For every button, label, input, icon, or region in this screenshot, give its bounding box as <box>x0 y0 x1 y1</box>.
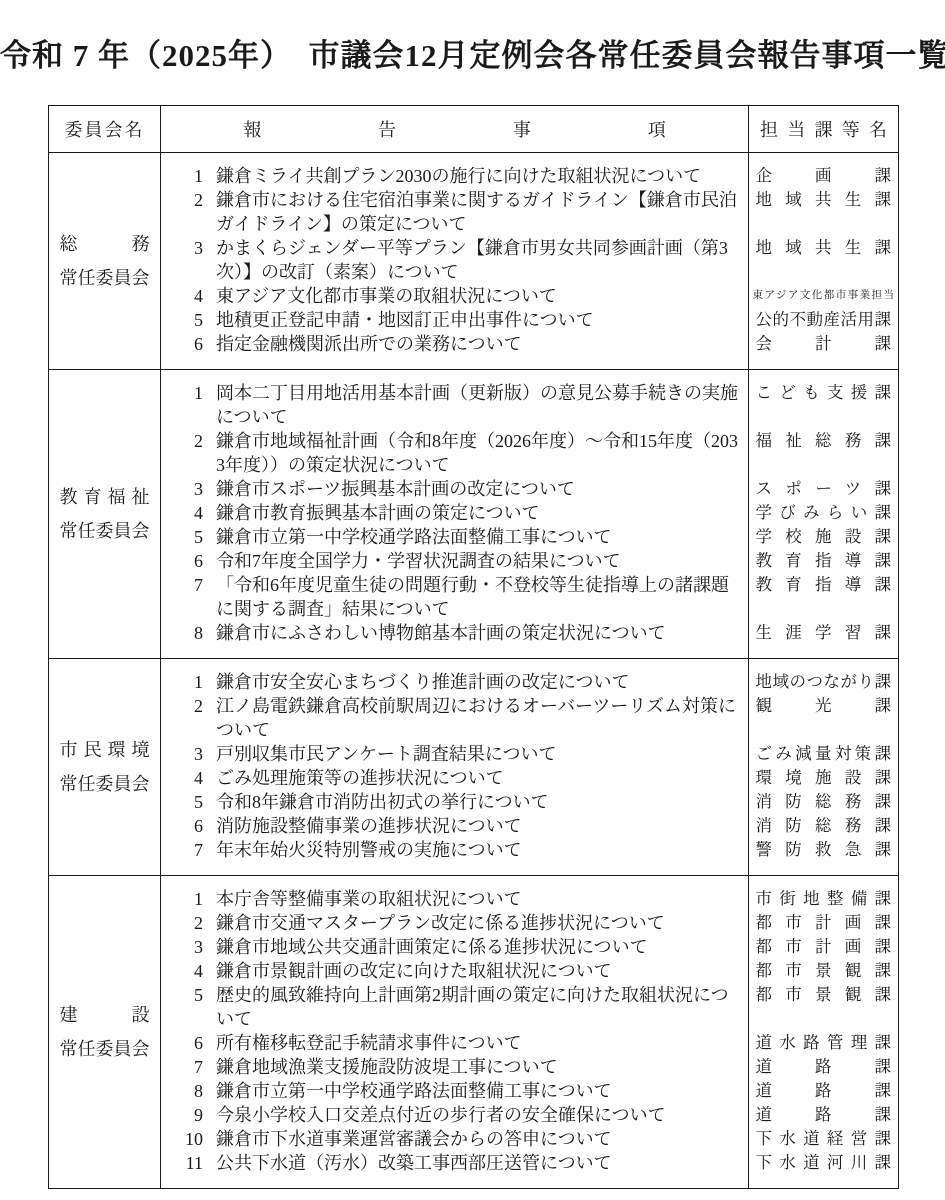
report-item-row: 11 公共下水道（汚水）改築工事西部圧送管について 下水道河川課 <box>161 1151 898 1188</box>
item-number: 2 <box>177 429 203 477</box>
department-cell: 消防総務課 <box>748 790 898 814</box>
department-name: 下水道経営課 <box>749 1127 899 1151</box>
department-cell: 道路課 <box>748 1103 898 1127</box>
department-name: 公的不動産活用課 <box>749 308 899 332</box>
report-item-row: 6 指定金融機関派出所での業務について 会計課 <box>161 332 898 369</box>
header-report-items: 報告事項 <box>161 106 749 153</box>
item-text: 公共下水道（汚水）改築工事西部圧送管について <box>216 1151 742 1175</box>
section-items-table: 1 本庁舎等整備事業の取組状況について 市街地整備課 2 鎌倉市交通マスタープラ… <box>161 876 898 1188</box>
department-name: 道路課 <box>749 1055 899 1079</box>
item-text: かまくらジェンダー平等プラン【鎌倉市男女共同参画計画（第3次）】の改訂（素案）に… <box>216 236 742 284</box>
report-table: 委員会名 報告事項 担当課等名 総務常任委員会 1 鎌倉ミライ共創プラン20 <box>48 105 899 1189</box>
document-page: 令和 7 年（2025年） 市議会12月定例会各常任委員会報告事項一覧 委員会名… <box>0 0 945 1200</box>
item-text: 岡本二丁目用地活用基本計画（更新版）の意見公募手続きの実施について <box>216 381 742 429</box>
item-number: 5 <box>177 790 203 814</box>
report-item-cell: 8 鎌倉市立第一中学校通学路法面整備工事について <box>161 1079 748 1103</box>
department-name: 生涯学習課 <box>749 621 899 645</box>
section-body-cell: 1 鎌倉市安全安心まちづくり推進計画の改定について 地域のつながり課 2 江ノ島… <box>161 659 899 876</box>
report-item-cell: 5 鎌倉市立第一中学校通学路法面整備工事について <box>161 525 748 549</box>
report-item-cell: 1 鎌倉ミライ共創プラン2030の施行に向けた取組状況について <box>161 153 748 188</box>
report-item-row: 7 年末年始火災特別警戒の実施について 警防救急課 <box>161 838 898 875</box>
item-number: 1 <box>177 887 203 911</box>
item-number: 5 <box>177 525 203 549</box>
department-name: 消防総務課 <box>749 790 899 814</box>
department-name: 警防救急課 <box>749 838 899 862</box>
item-text: 歴史的風致維持向上計画第2期計画の策定に向けた取組状況について <box>216 983 742 1031</box>
department-cell: 教育指導課 <box>748 573 898 621</box>
department-name: スポーツ課 <box>749 477 899 501</box>
department-cell: 都市景観課 <box>748 983 898 1031</box>
department-name: 福祉総務課 <box>749 429 899 453</box>
item-number: 5 <box>177 983 203 1031</box>
report-item-cell: 5 歴史的風致維持向上計画第2期計画の策定に向けた取組状況について <box>161 983 748 1031</box>
report-item-row: 2 鎌倉市における住宅宿泊事業に関するガイドライン【鎌倉市民泊ガイドライン】の策… <box>161 188 898 236</box>
section-items-table: 1 岡本二丁目用地活用基本計画（更新版）の意見公募手続きの実施について こども支… <box>161 370 898 658</box>
department-cell: 福祉総務課 <box>748 429 898 477</box>
section-items-table: 1 鎌倉市安全安心まちづくり推進計画の改定について 地域のつながり課 2 江ノ島… <box>161 659 898 875</box>
report-item-row: 1 鎌倉市安全安心まちづくり推進計画の改定について 地域のつながり課 <box>161 659 898 694</box>
department-name: 地域共生課 <box>749 236 899 260</box>
report-item-row: 5 歴史的風致維持向上計画第2期計画の策定に向けた取組状況について 都市景観課 <box>161 983 898 1031</box>
item-text: 令和8年鎌倉市消防出初式の挙行について <box>216 790 742 814</box>
item-number: 1 <box>177 381 203 429</box>
item-text: 「令和6年度児童生徒の問題行動・不登校等生徒指導上の諸課題に関する調査」結果につ… <box>216 573 742 621</box>
item-number: 4 <box>177 766 203 790</box>
item-text: 鎌倉市景観計画の改定に向けた取組状況について <box>216 959 742 983</box>
item-text: 鎌倉市立第一中学校通学路法面整備工事について <box>216 1079 742 1103</box>
department-name: 都市景観課 <box>749 959 899 983</box>
department-name: 企画課 <box>749 164 899 188</box>
report-item-row: 1 岡本二丁目用地活用基本計画（更新版）の意見公募手続きの実施について こども支… <box>161 370 898 429</box>
report-item-row: 6 所有権移転登記手続請求事件について 道水路管理課 <box>161 1031 898 1055</box>
item-number: 3 <box>177 236 203 284</box>
report-item-cell: 2 鎌倉市交通マスタープラン改定に係る進捗状況について <box>161 911 748 935</box>
item-text: 鎌倉市交通マスタープラン改定に係る進捗状況について <box>216 911 742 935</box>
committee-name-cell: 総務常任委員会 <box>49 153 161 370</box>
department-cell: 観光課 <box>748 694 898 742</box>
report-item-row: 3 戸別収集市民アンケート調査結果について ごみ減量対策課 <box>161 742 898 766</box>
department-name: ごみ減量対策課 <box>749 742 899 766</box>
department-cell: 都市計画課 <box>748 911 898 935</box>
item-number: 2 <box>177 188 203 236</box>
item-number: 1 <box>177 164 203 188</box>
department-name: 下水道河川課 <box>749 1151 899 1175</box>
report-item-row: 1 鎌倉ミライ共創プラン2030の施行に向けた取組状況について 企画課 <box>161 153 898 188</box>
report-item-cell: 5 地積更正登記申請・地図訂正申出事件について <box>161 308 748 332</box>
department-cell: 教育指導課 <box>748 549 898 573</box>
section-body-cell: 1 鎌倉ミライ共創プラン2030の施行に向けた取組状況について 企画課 2 鎌倉… <box>161 153 899 370</box>
department-cell: 道路課 <box>748 1055 898 1079</box>
item-text: 鎌倉市教育振興基本計画の策定について <box>216 501 742 525</box>
item-text: 指定金融機関派出所での業務について <box>216 332 742 356</box>
item-text: 鎌倉市における住宅宿泊事業に関するガイドライン【鎌倉市民泊ガイドライン】の策定に… <box>216 188 742 236</box>
section-body-cell: 1 本庁舎等整備事業の取組状況について 市街地整備課 2 鎌倉市交通マスタープラ… <box>161 876 899 1189</box>
report-item-row: 9 今泉小学校入口交差点付近の歩行者の安全確保について 道路課 <box>161 1103 898 1127</box>
department-name: 都市計画課 <box>749 911 899 935</box>
committee-name-cell: 建設常任委員会 <box>49 876 161 1189</box>
department-name: 道路課 <box>749 1079 899 1103</box>
report-item-row: 2 鎌倉市交通マスタープラン改定に係る進捗状況について 都市計画課 <box>161 911 898 935</box>
department-cell: 道水路管理課 <box>748 1031 898 1055</box>
item-number: 4 <box>177 284 203 308</box>
department-cell: ごみ減量対策課 <box>748 742 898 766</box>
department-cell: 地域共生課 <box>748 236 898 284</box>
report-item-row: 8 鎌倉市立第一中学校通学路法面整備工事について 道路課 <box>161 1079 898 1103</box>
item-number: 6 <box>177 1031 203 1055</box>
item-number: 5 <box>177 308 203 332</box>
report-item-row: 4 ごみ処理施策等の進捗状況について 環境施設課 <box>161 766 898 790</box>
item-text: 鎌倉市安全安心まちづくり推進計画の改定について <box>216 670 742 694</box>
report-item-row: 2 江ノ島電鉄鎌倉高校前駅周辺におけるオーバーツーリズム対策について 観光課 <box>161 694 898 742</box>
committee-name-cell: 市民環境常任委員会 <box>49 659 161 876</box>
report-item-cell: 4 鎌倉市教育振興基本計画の策定について <box>161 501 748 525</box>
item-number: 7 <box>177 838 203 862</box>
item-text: 消防施設整備事業の進捗状況について <box>216 814 742 838</box>
department-cell: 警防救急課 <box>748 838 898 875</box>
department-cell: 下水道河川課 <box>748 1151 898 1188</box>
committee-name: 市民環境常任委員会 <box>60 733 150 801</box>
item-text: 鎌倉市下水道事業運営審議会からの答申について <box>216 1127 742 1151</box>
committee-name: 教育福祉常任委員会 <box>60 480 150 548</box>
committee-name-line: 教育福祉 <box>60 480 150 514</box>
committee-section-row: 教育福祉常任委員会 1 岡本二丁目用地活用基本計画（更新版）の意見公募手続きの実… <box>49 370 899 659</box>
item-text: 鎌倉市スポーツ振興基本計画の改定について <box>216 477 742 501</box>
department-name: 学びみらい課 <box>749 501 899 525</box>
department-name: 教育指導課 <box>749 573 899 597</box>
department-cell: 学校施設課 <box>748 525 898 549</box>
report-item-cell: 2 鎌倉市地域福祉計画（令和8年度（2026年度）～令和15年度（2033年度）… <box>161 429 748 477</box>
item-number: 1 <box>177 670 203 694</box>
department-cell: 都市計画課 <box>748 935 898 959</box>
department-name: 観光課 <box>749 694 899 718</box>
report-item-cell: 7 「令和6年度児童生徒の問題行動・不登校等生徒指導上の諸課題に関する調査」結果… <box>161 573 748 621</box>
report-item-cell: 4 東アジア文化都市事業の取組状況について <box>161 284 748 308</box>
report-item-cell: 4 鎌倉市景観計画の改定に向けた取組状況について <box>161 959 748 983</box>
item-text: 戸別収集市民アンケート調査結果について <box>216 742 742 766</box>
department-name: 学校施設課 <box>749 525 899 549</box>
report-item-row: 3 かまくらジェンダー平等プラン【鎌倉市男女共同参画計画（第3次）】の改訂（素案… <box>161 236 898 284</box>
report-item-cell: 1 本庁舎等整備事業の取組状況について <box>161 876 748 911</box>
item-text: 江ノ島電鉄鎌倉高校前駅周辺におけるオーバーツーリズム対策について <box>216 694 742 742</box>
committee-section-row: 建設常任委員会 1 本庁舎等整備事業の取組状況について 市街地整備課 2 鎌倉市… <box>49 876 899 1189</box>
report-item-cell: 3 戸別収集市民アンケート調査結果について <box>161 742 748 766</box>
department-name: 東アジア文化都市事業担当 <box>749 284 899 308</box>
item-text: 鎌倉市立第一中学校通学路法面整備工事について <box>216 525 742 549</box>
report-item-cell: 5 令和8年鎌倉市消防出初式の挙行について <box>161 790 748 814</box>
report-item-cell: 9 今泉小学校入口交差点付近の歩行者の安全確保について <box>161 1103 748 1127</box>
report-item-cell: 6 令和7年度全国学力・学習状況調査の結果について <box>161 549 748 573</box>
header-department: 担当課等名 <box>749 106 899 153</box>
item-number: 7 <box>177 1055 203 1079</box>
department-cell: 会計課 <box>748 332 898 369</box>
department-cell: 学びみらい課 <box>748 501 898 525</box>
report-item-cell: 3 鎌倉市スポーツ振興基本計画の改定について <box>161 477 748 501</box>
department-cell: 企画課 <box>748 153 898 188</box>
item-number: 2 <box>177 694 203 742</box>
item-number: 11 <box>177 1151 203 1175</box>
report-item-row: 3 鎌倉市スポーツ振興基本計画の改定について スポーツ課 <box>161 477 898 501</box>
report-item-row: 10 鎌倉市下水道事業運営審議会からの答申について 下水道経営課 <box>161 1127 898 1151</box>
item-text: 本庁舎等整備事業の取組状況について <box>216 887 742 911</box>
department-cell: 環境施設課 <box>748 766 898 790</box>
department-name: 教育指導課 <box>749 549 899 573</box>
department-cell: 都市景観課 <box>748 959 898 983</box>
item-number: 6 <box>177 332 203 356</box>
committee-name-line: 市民環境 <box>60 733 150 767</box>
committee-name-line: 総務 <box>60 227 150 261</box>
committee-section-row: 総務常任委員会 1 鎌倉ミライ共創プラン2030の施行に向けた取組状況について … <box>49 153 899 370</box>
department-cell: 下水道経営課 <box>748 1127 898 1151</box>
report-item-cell: 4 ごみ処理施策等の進捗状況について <box>161 766 748 790</box>
department-name: 会計課 <box>749 332 899 356</box>
report-item-cell: 1 岡本二丁目用地活用基本計画（更新版）の意見公募手続きの実施について <box>161 370 748 429</box>
committee-name: 総務常任委員会 <box>60 227 150 295</box>
item-number: 3 <box>177 477 203 501</box>
report-item-cell: 11 公共下水道（汚水）改築工事西部圧送管について <box>161 1151 748 1188</box>
item-text: 鎌倉市地域福祉計画（令和8年度（2026年度）～令和15年度（2033年度））の… <box>216 429 742 477</box>
report-item-row: 3 鎌倉市地域公共交通計画策定に係る進捗状況について 都市計画課 <box>161 935 898 959</box>
item-number: 3 <box>177 742 203 766</box>
item-text: 年末年始火災特別警戒の実施について <box>216 838 742 862</box>
department-name: 道水路管理課 <box>749 1031 899 1055</box>
report-item-row: 4 鎌倉市教育振興基本計画の策定について 学びみらい課 <box>161 501 898 525</box>
department-cell: こども支援課 <box>748 370 898 429</box>
section-items-table: 1 鎌倉ミライ共創プラン2030の施行に向けた取組状況について 企画課 2 鎌倉… <box>161 153 898 369</box>
report-item-row: 7 「令和6年度児童生徒の問題行動・不登校等生徒指導上の諸課題に関する調査」結果… <box>161 573 898 621</box>
table-header-row: 委員会名 報告事項 担当課等名 <box>49 106 899 153</box>
report-item-row: 4 東アジア文化都市事業の取組状況について 東アジア文化都市事業担当 <box>161 284 898 308</box>
department-name: 地域共生課 <box>749 188 899 212</box>
item-number: 8 <box>177 1079 203 1103</box>
report-item-cell: 7 鎌倉地域漁業支援施設防波堤工事について <box>161 1055 748 1079</box>
item-text: 鎌倉市地域公共交通計画策定に係る進捗状況について <box>216 935 742 959</box>
item-number: 6 <box>177 814 203 838</box>
committee-name: 建設常任委員会 <box>60 998 150 1066</box>
item-text: 所有権移転登記手続請求事件について <box>216 1031 742 1055</box>
committee-section-row: 市民環境常任委員会 1 鎌倉市安全安心まちづくり推進計画の改定について 地域のつ… <box>49 659 899 876</box>
department-name: 地域のつながり課 <box>749 670 899 694</box>
committee-name-cell: 教育福祉常任委員会 <box>49 370 161 659</box>
report-item-cell: 3 鎌倉市地域公共交通計画策定に係る進捗状況について <box>161 935 748 959</box>
committee-name-line: 常任委員会 <box>60 767 150 801</box>
item-number: 7 <box>177 573 203 621</box>
department-cell: 市街地整備課 <box>748 876 898 911</box>
item-number: 10 <box>177 1127 203 1151</box>
department-name: 消防総務課 <box>749 814 899 838</box>
item-text: 地積更正登記申請・地図訂正申出事件について <box>216 308 742 332</box>
item-number: 3 <box>177 935 203 959</box>
item-text: 鎌倉地域漁業支援施設防波堤工事について <box>216 1055 742 1079</box>
department-cell: 地域のつながり課 <box>748 659 898 694</box>
item-number: 8 <box>177 621 203 645</box>
report-item-cell: 2 江ノ島電鉄鎌倉高校前駅周辺におけるオーバーツーリズム対策について <box>161 694 748 742</box>
report-item-cell: 6 所有権移転登記手続請求事件について <box>161 1031 748 1055</box>
department-name: 環境施設課 <box>749 766 899 790</box>
report-item-row: 6 令和7年度全国学力・学習状況調査の結果について 教育指導課 <box>161 549 898 573</box>
committee-name-line: 常任委員会 <box>60 514 150 548</box>
item-text: 令和7年度全国学力・学習状況調査の結果について <box>216 549 742 573</box>
item-number: 4 <box>177 959 203 983</box>
report-item-cell: 7 年末年始火災特別警戒の実施について <box>161 838 748 875</box>
report-item-row: 1 本庁舎等整備事業の取組状況について 市街地整備課 <box>161 876 898 911</box>
committee-name-line: 建設 <box>60 998 150 1032</box>
report-item-cell: 3 かまくらジェンダー平等プラン【鎌倉市男女共同参画計画（第3次）】の改訂（素案… <box>161 236 748 284</box>
item-text: 東アジア文化都市事業の取組状況について <box>216 284 742 308</box>
report-item-row: 6 消防施設整備事業の進捗状況について 消防総務課 <box>161 814 898 838</box>
department-cell: 公的不動産活用課 <box>748 308 898 332</box>
department-cell: 東アジア文化都市事業担当 <box>748 284 898 308</box>
department-name: 市街地整備課 <box>749 887 899 911</box>
item-text: 今泉小学校入口交差点付近の歩行者の安全確保について <box>216 1103 742 1127</box>
department-cell: スポーツ課 <box>748 477 898 501</box>
item-number: 2 <box>177 911 203 935</box>
department-cell: 地域共生課 <box>748 188 898 236</box>
report-item-cell: 2 鎌倉市における住宅宿泊事業に関するガイドライン【鎌倉市民泊ガイドライン】の策… <box>161 188 748 236</box>
page-title: 令和 7 年（2025年） 市議会12月定例会各常任委員会報告事項一覧 <box>0 30 945 75</box>
committee-name-line: 常任委員会 <box>60 261 150 295</box>
report-item-cell: 6 指定金融機関派出所での業務について <box>161 332 748 369</box>
report-item-cell: 8 鎌倉市にふさわしい博物館基本計画の策定状況について <box>161 621 748 658</box>
report-item-row: 5 令和8年鎌倉市消防出初式の挙行について 消防総務課 <box>161 790 898 814</box>
item-number: 6 <box>177 549 203 573</box>
department-name: 道路課 <box>749 1103 899 1127</box>
report-item-row: 4 鎌倉市景観計画の改定に向けた取組状況について 都市景観課 <box>161 959 898 983</box>
department-name: こども支援課 <box>749 381 899 405</box>
item-text: 鎌倉市にふさわしい博物館基本計画の策定状況について <box>216 621 742 645</box>
department-name: 都市計画課 <box>749 935 899 959</box>
committee-name-line: 常任委員会 <box>60 1032 150 1066</box>
report-item-cell: 10 鎌倉市下水道事業運営審議会からの答申について <box>161 1127 748 1151</box>
report-item-cell: 6 消防施設整備事業の進捗状況について <box>161 814 748 838</box>
item-number: 9 <box>177 1103 203 1127</box>
department-cell: 生涯学習課 <box>748 621 898 658</box>
report-item-row: 2 鎌倉市地域福祉計画（令和8年度（2026年度）～令和15年度（2033年度）… <box>161 429 898 477</box>
item-text: ごみ処理施策等の進捗状況について <box>216 766 742 790</box>
report-item-row: 5 鎌倉市立第一中学校通学路法面整備工事について 学校施設課 <box>161 525 898 549</box>
report-item-cell: 1 鎌倉市安全安心まちづくり推進計画の改定について <box>161 659 748 694</box>
department-name: 都市景観課 <box>749 983 899 1007</box>
header-committee-name: 委員会名 <box>49 106 161 153</box>
report-item-row: 8 鎌倉市にふさわしい博物館基本計画の策定状況について 生涯学習課 <box>161 621 898 658</box>
report-item-row: 7 鎌倉地域漁業支援施設防波堤工事について 道路課 <box>161 1055 898 1079</box>
department-cell: 消防総務課 <box>748 814 898 838</box>
section-body-cell: 1 岡本二丁目用地活用基本計画（更新版）の意見公募手続きの実施について こども支… <box>161 370 899 659</box>
department-cell: 道路課 <box>748 1079 898 1103</box>
item-text: 鎌倉ミライ共創プラン2030の施行に向けた取組状況について <box>216 164 742 188</box>
item-number: 4 <box>177 501 203 525</box>
report-item-row: 5 地積更正登記申請・地図訂正申出事件について 公的不動産活用課 <box>161 308 898 332</box>
